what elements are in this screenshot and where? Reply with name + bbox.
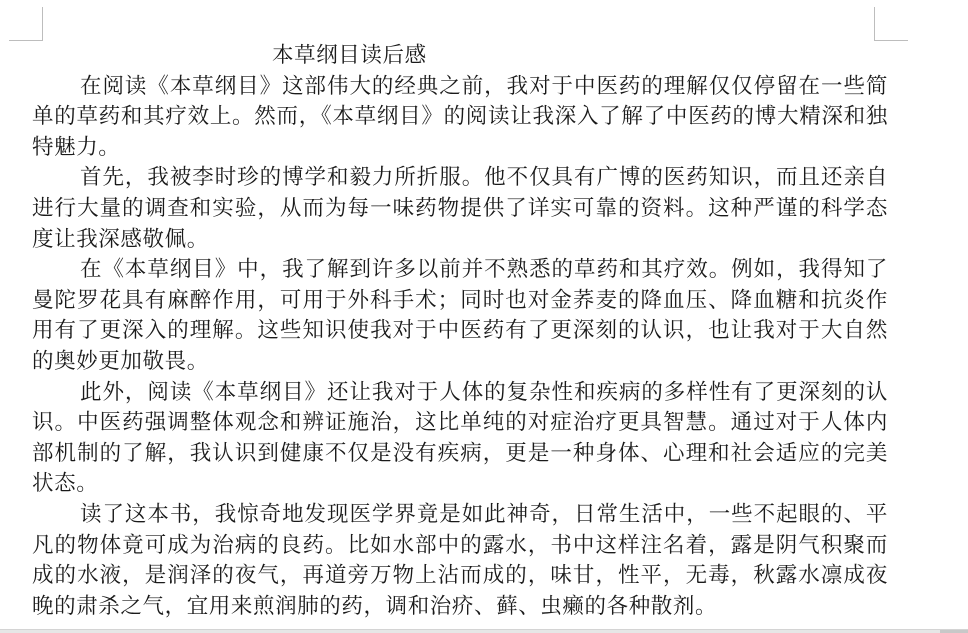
paragraph: 首先，我被李时珍的博学和毅力所折服。他不仅具有广博的医药知识，而且还亲自进行大量… (32, 163, 888, 255)
document-title: 本草纲目读后感 (32, 41, 888, 72)
paragraph: 此外，阅读《本草纲目》还让我对于人体的复杂性和疾病的多样性有了更深刻的认识。中医… (32, 378, 888, 500)
horizontal-scrollbar[interactable] (0, 629, 968, 633)
document-body[interactable]: 本草纲目读后感 在阅读《本草纲目》这部伟大的经典之前，我对于中医药的理解仅仅停留… (32, 41, 888, 622)
top-right-margin-marker (874, 7, 908, 41)
paragraph: 在阅读《本草纲目》这部伟大的经典之前，我对于中医药的理解仅仅停留在一些简单的草药… (32, 72, 888, 164)
paragraph: 读了这本书，我惊奇地发现医学界竟是如此神奇，日常生活中，一些不起眼的、平凡的物体… (32, 500, 888, 622)
top-left-margin-marker (9, 7, 43, 41)
document-page[interactable]: 本草纲目读后感 在阅读《本草纲目》这部伟大的经典之前，我对于中医药的理解仅仅停留… (0, 0, 968, 629)
paragraph: 在《本草纲目》中，我了解到许多以前并不熟悉的草药和其疗效。例如，我得知了曼陀罗花… (32, 255, 888, 377)
